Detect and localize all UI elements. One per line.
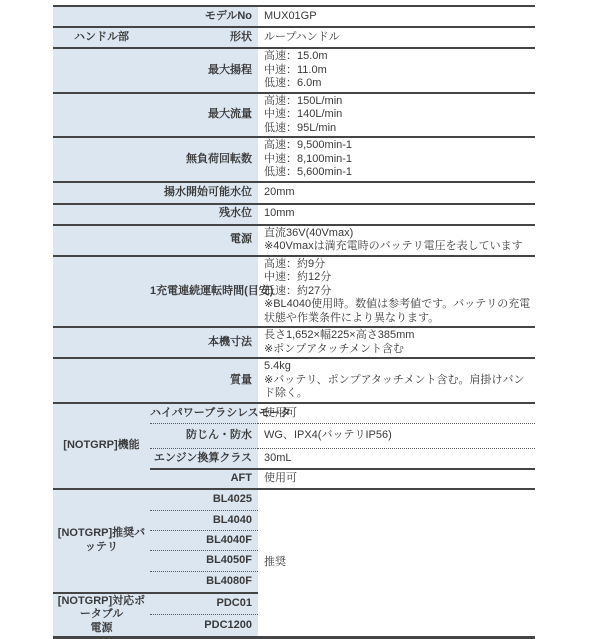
group-cell bbox=[53, 327, 150, 358]
spec-name: 形状 bbox=[150, 27, 258, 48]
table-row: [NOTGRP]推奨バッテリ BL4025 推奨 bbox=[53, 489, 535, 511]
spec-value: MUX01GP bbox=[258, 6, 535, 27]
spec-name: ハイパワーブラシレスモータ bbox=[150, 403, 258, 424]
spec-value: 10mm bbox=[258, 204, 535, 225]
spec-value: 直流36V(40Vmax) ※40Vmaxは満充電時のバッテリ電圧を表しています bbox=[258, 225, 535, 256]
battery-model: BL4050F bbox=[150, 551, 258, 572]
merged-recommend-value: 推奨 bbox=[258, 489, 535, 638]
spec-value: 使用可 bbox=[258, 469, 535, 489]
page: { "colors": { "label_bg": "#dce6f1", "bo… bbox=[0, 0, 600, 600]
table-row: 最大揚程 高速：15.0m 中速：11.0m 低速：6.0m bbox=[53, 48, 535, 93]
group-label-batteries: [NOTGRP]推奨バッテリ bbox=[53, 489, 150, 593]
spec-name: 電源 bbox=[150, 225, 258, 256]
spec-name: 残水位 bbox=[150, 204, 258, 225]
group-cell bbox=[53, 256, 150, 328]
table-row: 無負荷回転数 高速：9,500min-1 中速：8,100min-1 低速：5,… bbox=[53, 137, 535, 182]
spec-value: 5.4kg ※バッテリ、ポンプアタッチメント含む。肩掛けバンド除く。 bbox=[258, 358, 535, 403]
spec-name: エンジン換算クラス bbox=[150, 449, 258, 469]
spec-value: 高速：150L/min 中速：140L/min 低速：95L/min bbox=[258, 93, 535, 138]
spec-name: 無負荷回転数 bbox=[150, 137, 258, 182]
spec-name: 最大揚程 bbox=[150, 48, 258, 93]
table-row: モデルNo MUX01GP bbox=[53, 6, 535, 27]
group-cell bbox=[53, 358, 150, 403]
spec-value: ループハンドル bbox=[258, 27, 535, 48]
table-row: 1充電連続運転時間(目安) 高速：約9分 中速：約12分 低速：約27分 ※BL… bbox=[53, 256, 535, 328]
table-row: [NOTGRP]機能 ハイパワーブラシレスモータ 使用可 bbox=[53, 403, 535, 424]
portable-power-model: PDC01 bbox=[150, 593, 258, 615]
spec-value: 長さ1,652×幅225×高さ385mm ※ポンプアタッチメント含む bbox=[258, 327, 535, 358]
spec-name: モデルNo bbox=[150, 6, 258, 27]
spec-name: 防じん・防水 bbox=[150, 424, 258, 449]
table-row: 本機寸法 長さ1,652×幅225×高さ385mm ※ポンプアタッチメント含む bbox=[53, 327, 535, 358]
table-row: 残水位 10mm bbox=[53, 204, 535, 225]
group-label-portable-power: [NOTGRP]対応ポータブル 電源 bbox=[53, 593, 150, 638]
table-row: 電源 直流36V(40Vmax) ※40Vmaxは満充電時のバッテリ電圧を表して… bbox=[53, 225, 535, 256]
spec-name: 揚水開始可能水位 bbox=[150, 182, 258, 204]
group-label: ハンドル部 bbox=[53, 27, 150, 48]
group-cell bbox=[53, 93, 150, 138]
portable-power-model: PDC1200 bbox=[150, 614, 258, 637]
table-row: ハンドル部 形状 ループハンドル bbox=[53, 27, 535, 48]
spec-value: WG、IPX4(バッテリIP56) bbox=[258, 424, 535, 449]
battery-model: BL4040F bbox=[150, 531, 258, 551]
spec-table-container: モデルNo MUX01GP ハンドル部 形状 ループハンドル 最大揚程 高速：1… bbox=[53, 5, 535, 639]
group-cell bbox=[53, 137, 150, 182]
spec-name: AFT bbox=[150, 469, 258, 489]
table-row: 揚水開始可能水位 20mm bbox=[53, 182, 535, 204]
spec-value: 30mL bbox=[258, 449, 535, 469]
group-cell bbox=[53, 204, 150, 225]
battery-model: BL4040 bbox=[150, 511, 258, 531]
table-row: 質量 5.4kg ※バッテリ、ポンプアタッチメント含む。肩掛けバンド除く。 bbox=[53, 358, 535, 403]
spec-name: 最大流量 bbox=[150, 93, 258, 138]
spec-name: 1充電連続運転時間(目安) bbox=[150, 256, 258, 328]
spec-name: 本機寸法 bbox=[150, 327, 258, 358]
spec-name: 質量 bbox=[150, 358, 258, 403]
spec-value: 20mm bbox=[258, 182, 535, 204]
spec-value: 使用可 bbox=[258, 403, 535, 424]
group-cell bbox=[53, 48, 150, 93]
spec-value: 高速：約9分 中速：約12分 低速：約27分 ※BL4040使用時。数値は参考値… bbox=[258, 256, 535, 328]
battery-model: BL4080F bbox=[150, 572, 258, 593]
group-cell bbox=[53, 182, 150, 204]
group-label-features: [NOTGRP]機能 bbox=[53, 403, 150, 489]
spec-value: 高速：15.0m 中速：11.0m 低速：6.0m bbox=[258, 48, 535, 93]
product-spec-table: モデルNo MUX01GP ハンドル部 形状 ループハンドル 最大揚程 高速：1… bbox=[53, 5, 535, 639]
spec-value: 高速：9,500min-1 中速：8,100min-1 低速：5,600min-… bbox=[258, 137, 535, 182]
table-row: 最大流量 高速：150L/min 中速：140L/min 低速：95L/min bbox=[53, 93, 535, 138]
group-cell bbox=[53, 6, 150, 27]
battery-model: BL4025 bbox=[150, 489, 258, 511]
group-cell bbox=[53, 225, 150, 256]
